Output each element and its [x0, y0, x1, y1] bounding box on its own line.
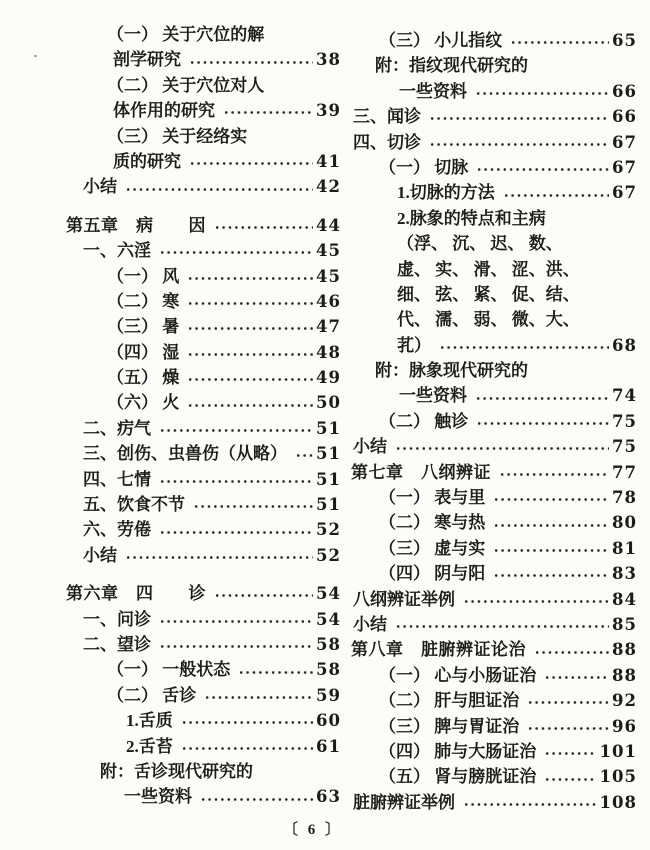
- toc-entry: （一） 风45: [56, 264, 341, 289]
- toc-entry: 芤）68: [347, 333, 637, 358]
- page-ref: 65: [612, 28, 637, 53]
- toc-entry-text: 质的研究: [113, 149, 181, 174]
- toc-entry-text: （六） 火: [107, 390, 179, 415]
- page-ref: 51: [316, 467, 341, 492]
- toc-chapter-entry: 第五章 病 因44: [56, 213, 341, 238]
- dot-leader: [527, 726, 609, 731]
- dot-leader: [214, 593, 313, 598]
- dot-leader: [187, 352, 313, 357]
- toc-entry: （三） 暑47: [56, 314, 341, 339]
- toc-entry: （一） 心与小肠证治88: [347, 663, 637, 688]
- dot-leader: [193, 504, 313, 509]
- page-ref: 51: [316, 441, 341, 466]
- toc-entry-text: 小结: [353, 434, 387, 459]
- page-ref: 88: [612, 637, 637, 662]
- toc-entry-text: 一、问诊: [83, 607, 151, 632]
- page-ref: 80: [612, 510, 637, 535]
- toc-entry-text: （三） 关于经络实: [107, 124, 247, 149]
- page-ref: 58: [316, 632, 341, 657]
- toc-entry: 六、劳倦52: [56, 517, 341, 542]
- page-ref: 48: [316, 340, 341, 365]
- toc-entry-text: 剖学研究: [113, 47, 181, 72]
- dot-leader: [395, 446, 609, 451]
- page-ref: 61: [316, 734, 341, 759]
- toc-entry: （三） 虚与实81: [347, 536, 637, 561]
- toc-entry-text: （五） 肾与膀胱证治: [379, 764, 536, 789]
- dot-leader: [187, 377, 313, 382]
- toc-entry: （二） 寒与热80: [347, 510, 637, 535]
- page-ref: 101: [600, 739, 637, 764]
- toc-entry-text: 一些资料: [399, 383, 467, 408]
- page-ref: 67: [612, 130, 637, 155]
- toc-entry-text: （二） 舌诊: [107, 683, 196, 708]
- dot-leader: [475, 396, 609, 401]
- toc-columns: （一） 关于穴位的解剖学研究38（二） 关于穴位对人体作用的研究39（三） 关于…: [56, 22, 637, 815]
- page-ref: 41: [316, 149, 341, 174]
- page-ref: 105: [600, 764, 637, 789]
- page-ref: 88: [612, 663, 637, 688]
- toc-entry-text: 三、创伤、虫兽伤（从略）: [83, 441, 287, 466]
- toc-entry: 附：舌诊现代研究的: [56, 759, 341, 784]
- toc-entry: 一些资料66: [347, 79, 637, 104]
- page-ref: 44: [316, 213, 341, 238]
- toc-entry-text: 四、切诊: [353, 130, 421, 155]
- toc-entry: （二） 舌诊59: [56, 683, 341, 708]
- dot-leader: [544, 751, 596, 756]
- page-ref: 75: [612, 434, 637, 459]
- dot-leader: [189, 60, 313, 65]
- toc-entry: 小结42: [56, 174, 341, 199]
- toc-entry-text: 附：舌诊现代研究的: [100, 759, 253, 784]
- toc-entry: 一些资料74: [347, 383, 637, 408]
- toc-entry-text: 1.切脉的方法: [397, 180, 495, 205]
- dot-leader: [544, 777, 596, 782]
- toc-entry-text: 二、疠气: [83, 416, 151, 441]
- toc-chapter-entry: 第八章 脏腑辨证论治88: [347, 637, 637, 662]
- toc-entry-text: 一些资料: [124, 784, 192, 809]
- page-ref: 67: [612, 155, 637, 180]
- page-ref: 52: [316, 517, 341, 542]
- toc-entry: （一） 表与里78: [347, 485, 637, 510]
- toc-entry-text: （二） 寒: [107, 289, 179, 314]
- toc-entry: （四） 湿48: [56, 340, 341, 365]
- toc-entry-text: 体作用的研究: [113, 98, 215, 123]
- page-ref: 51: [316, 492, 341, 517]
- toc-entry: 代、 濡、 弱、 微、大、: [347, 307, 637, 332]
- toc-entry-text: 附：指纹现代研究的: [375, 53, 528, 78]
- toc-entry-text: 小结: [83, 543, 117, 568]
- toc-entry-text: 第六章 四 诊: [66, 581, 206, 606]
- toc-entry: 小结75: [347, 434, 637, 459]
- toc-entry-text: （一） 关于穴位的解: [107, 22, 264, 47]
- dot-leader: [295, 453, 313, 458]
- dot-leader: [510, 40, 609, 45]
- toc-entry: 附：脉象现代研究的: [347, 358, 637, 383]
- toc-entry: （二） 关于穴位对人: [56, 73, 341, 98]
- dot-leader: [181, 720, 313, 725]
- toc-entry-text: 四、七情: [83, 467, 151, 492]
- toc-entry: 脏腑辨证举例108: [347, 790, 637, 815]
- dot-leader: [204, 695, 313, 700]
- dot-leader: [475, 91, 609, 96]
- toc-entry-text: 第五章 病 因: [66, 213, 206, 238]
- toc-entry-text: 小结: [353, 612, 387, 637]
- toc-entry-text: （四） 肺与大肠证治: [379, 739, 536, 764]
- page-ref: 58: [316, 657, 341, 682]
- toc-entry: 附：指纹现代研究的: [347, 53, 637, 78]
- dot-leader: [463, 802, 597, 807]
- page-ref: 96: [612, 714, 637, 739]
- toc-entry: （一） 切脉67: [347, 155, 637, 180]
- dot-leader: [493, 548, 609, 553]
- toc-entry: （一） 关于穴位的解: [56, 22, 341, 47]
- toc-entry-text: 细、 弦、 紧、 促、结、: [397, 282, 580, 307]
- page-ref: 81: [612, 536, 637, 561]
- toc-entry-text: （一） 风: [107, 264, 179, 289]
- dot-leader: [200, 797, 313, 802]
- toc-entry: （三） 小儿指纹65: [347, 28, 637, 53]
- toc-entry-text: 三、闻诊: [353, 104, 421, 129]
- toc-entry: （六） 火50: [56, 390, 341, 415]
- toc-entry-text: （二） 关于穴位对人: [107, 73, 264, 98]
- toc-entry-text: 脏腑辨证举例: [353, 790, 455, 815]
- toc-page: （一） 关于穴位的解剖学研究38（二） 关于穴位对人体作用的研究39（三） 关于…: [0, 0, 650, 850]
- toc-entry-text: 1.舌质: [126, 708, 173, 733]
- dot-leader: [499, 472, 609, 477]
- toc-entry-text: （二） 肝与胆证治: [379, 688, 519, 713]
- toc-entry: （三） 关于经络实: [56, 124, 341, 149]
- scan-speck: [34, 55, 37, 57]
- toc-entry-text: （二） 寒与热: [379, 510, 485, 535]
- toc-entry: 四、切诊67: [347, 130, 637, 155]
- page-ref: 83: [612, 561, 637, 586]
- dot-leader: [159, 250, 313, 255]
- page-ref: 49: [316, 365, 341, 390]
- toc-entry-text: 第八章 脏腑辨证论治: [351, 637, 526, 662]
- toc-entry-text: 二、望诊: [83, 632, 151, 657]
- toc-entry-text: 芤）: [397, 333, 431, 358]
- toc-entry: 1.舌质60: [56, 708, 341, 733]
- toc-entry: 剖学研究38: [56, 47, 341, 72]
- dot-leader: [493, 523, 609, 528]
- page-ref: 92: [612, 688, 637, 713]
- page-ref: 63: [316, 784, 341, 809]
- dot-leader: [223, 110, 313, 115]
- toc-entry-text: （二） 触诊: [379, 409, 468, 434]
- toc-entry-text: （一） 切脉: [379, 155, 468, 180]
- toc-entry-text: （四） 阴与阳: [379, 561, 485, 586]
- page-ref: 54: [316, 607, 341, 632]
- page-ref: 45: [316, 238, 341, 263]
- page-ref: 108: [600, 790, 637, 815]
- toc-entry: 1.切脉的方法67: [347, 180, 637, 205]
- toc-entry: 二、望诊58: [56, 632, 341, 657]
- dot-leader: [527, 700, 609, 705]
- dot-leader: [395, 624, 609, 629]
- toc-entry: 八纲辨证举例84: [347, 587, 637, 612]
- page-ref: 38: [316, 47, 341, 72]
- toc-entry-text: （三） 暑: [107, 314, 179, 339]
- page-ref: 77: [612, 460, 637, 485]
- dot-leader: [463, 599, 609, 604]
- page-ref: 54: [316, 581, 341, 606]
- page-ref: 60: [316, 708, 341, 733]
- toc-entry: 三、创伤、虫兽伤（从略）51: [56, 441, 341, 466]
- dot-leader: [214, 225, 313, 230]
- page-ref: 59: [316, 683, 341, 708]
- toc-entry: 2.脉象的特点和主病: [347, 206, 637, 231]
- dot-leader: [439, 345, 609, 350]
- toc-column-right: （三） 小儿指纹65附：指纹现代研究的一些资料66三、闻诊66四、切诊67（一）…: [347, 28, 637, 815]
- page-ref: 85: [612, 612, 637, 637]
- toc-entry: （三） 脾与胃证治96: [347, 714, 637, 739]
- toc-entry: （二） 寒46: [56, 289, 341, 314]
- toc-chapter-entry: 第七章 八纲辨证77: [347, 460, 637, 485]
- page-ref: 52: [316, 543, 341, 568]
- toc-chapter-entry: 第六章 四 诊54: [56, 581, 341, 606]
- dot-leader: [159, 619, 313, 624]
- dot-leader: [187, 301, 313, 306]
- dot-leader: [429, 142, 609, 147]
- dot-leader: [534, 650, 609, 655]
- toc-entry: （四） 肺与大肠证治101: [347, 739, 637, 764]
- toc-entry-text: （三） 虚与实: [379, 536, 485, 561]
- toc-entry: （五） 肾与膀胱证治105: [347, 764, 637, 789]
- page-ref: 84: [612, 587, 637, 612]
- toc-entry-text: 一、六淫: [83, 238, 151, 263]
- toc-entry-text: 五、饮食不节: [83, 492, 185, 517]
- toc-entry-text: 2.脉象的特点和主病: [397, 206, 546, 231]
- toc-entry-text: 一些资料: [399, 79, 467, 104]
- toc-entry: （四） 阴与阳83: [347, 561, 637, 586]
- toc-entry: （二） 触诊75: [347, 409, 637, 434]
- toc-entry: 2.舌苔61: [56, 734, 341, 759]
- dot-leader: [159, 428, 313, 433]
- page-ref: 47: [316, 314, 341, 339]
- dot-leader: [429, 116, 609, 121]
- dot-leader: [125, 187, 313, 192]
- dot-leader: [187, 403, 313, 408]
- page-ref: 51: [316, 416, 341, 441]
- page-ref: 66: [612, 104, 637, 129]
- toc-entry: 小结85: [347, 612, 637, 637]
- toc-entry-text: 2.舌苔: [126, 734, 173, 759]
- toc-entry-text: （一） 心与小肠证治: [379, 663, 536, 688]
- toc-entry: 五、饮食不节51: [56, 492, 341, 517]
- toc-entry: （二） 肝与胆证治92: [347, 688, 637, 713]
- dot-leader: [181, 746, 313, 751]
- toc-entry: 一些资料63: [56, 784, 341, 809]
- toc-entry-text: （浮、 沉、 迟、 数、: [397, 231, 563, 256]
- toc-entry: 二、疠气51: [56, 416, 341, 441]
- page-ref: 46: [316, 289, 341, 314]
- page-ref: 67: [612, 180, 637, 205]
- toc-entry-text: 虚、 实、 滑、 涩、洪、: [397, 257, 580, 282]
- dot-leader: [189, 161, 313, 166]
- toc-entry: 小结52: [56, 543, 341, 568]
- page-ref: 75: [612, 409, 637, 434]
- toc-entry-text: 八纲辨证举例: [353, 587, 455, 612]
- page-ref: 74: [612, 383, 637, 408]
- dot-leader: [238, 670, 313, 675]
- page-ref: 78: [612, 485, 637, 510]
- dot-leader: [476, 421, 609, 426]
- toc-entry: 体作用的研究39: [56, 98, 341, 123]
- dot-leader: [159, 644, 313, 649]
- toc-column-left: （一） 关于穴位的解剖学研究38（二） 关于穴位对人体作用的研究39（三） 关于…: [56, 22, 341, 815]
- toc-entry-text: 六、劳倦: [83, 517, 151, 542]
- dot-leader: [493, 497, 609, 502]
- page-number: 〔 6 〕: [0, 818, 626, 839]
- dot-leader: [187, 326, 313, 331]
- toc-entry-text: （一） 一般状态: [107, 657, 230, 682]
- toc-entry-text: （一） 表与里: [379, 485, 485, 510]
- toc-entry: 三、闻诊66: [347, 104, 637, 129]
- page-ref: 45: [316, 264, 341, 289]
- dot-leader: [493, 573, 609, 578]
- toc-entry: 细、 弦、 紧、 促、结、: [347, 282, 637, 307]
- toc-entry-text: 第七章 八纲辨证: [351, 460, 491, 485]
- toc-entry: 四、七情51: [56, 467, 341, 492]
- toc-entry-text: （五） 燥: [107, 365, 179, 390]
- dot-leader: [544, 675, 609, 680]
- page-ref: 66: [612, 79, 637, 104]
- dot-leader: [159, 479, 313, 484]
- toc-entry: 质的研究41: [56, 149, 341, 174]
- page-ref: 68: [612, 333, 637, 358]
- page-ref: 42: [316, 174, 341, 199]
- toc-entry-text: （四） 湿: [107, 340, 179, 365]
- toc-entry-text: 附：脉象现代研究的: [375, 358, 528, 383]
- page-ref: 39: [316, 98, 341, 123]
- dot-leader: [503, 193, 609, 198]
- toc-entry-text: （三） 小儿指纹: [379, 28, 502, 53]
- dot-leader: [187, 276, 313, 281]
- toc-entry: （一） 一般状态58: [56, 657, 341, 682]
- toc-entry-text: 代、 濡、 弱、 微、大、: [397, 307, 580, 332]
- toc-entry-text: 小结: [83, 174, 117, 199]
- toc-entry: （浮、 沉、 迟、 数、: [347, 231, 637, 256]
- toc-entry: （五） 燥49: [56, 365, 341, 390]
- toc-entry: 虚、 实、 滑、 涩、洪、: [347, 257, 637, 282]
- dot-leader: [476, 167, 609, 172]
- toc-entry-text: （三） 脾与胃证治: [379, 714, 519, 739]
- toc-entry: 一、问诊54: [56, 607, 341, 632]
- toc-entry: 一、六淫45: [56, 238, 341, 263]
- dot-leader: [159, 530, 313, 535]
- dot-leader: [125, 555, 313, 560]
- page-ref: 50: [316, 390, 341, 415]
